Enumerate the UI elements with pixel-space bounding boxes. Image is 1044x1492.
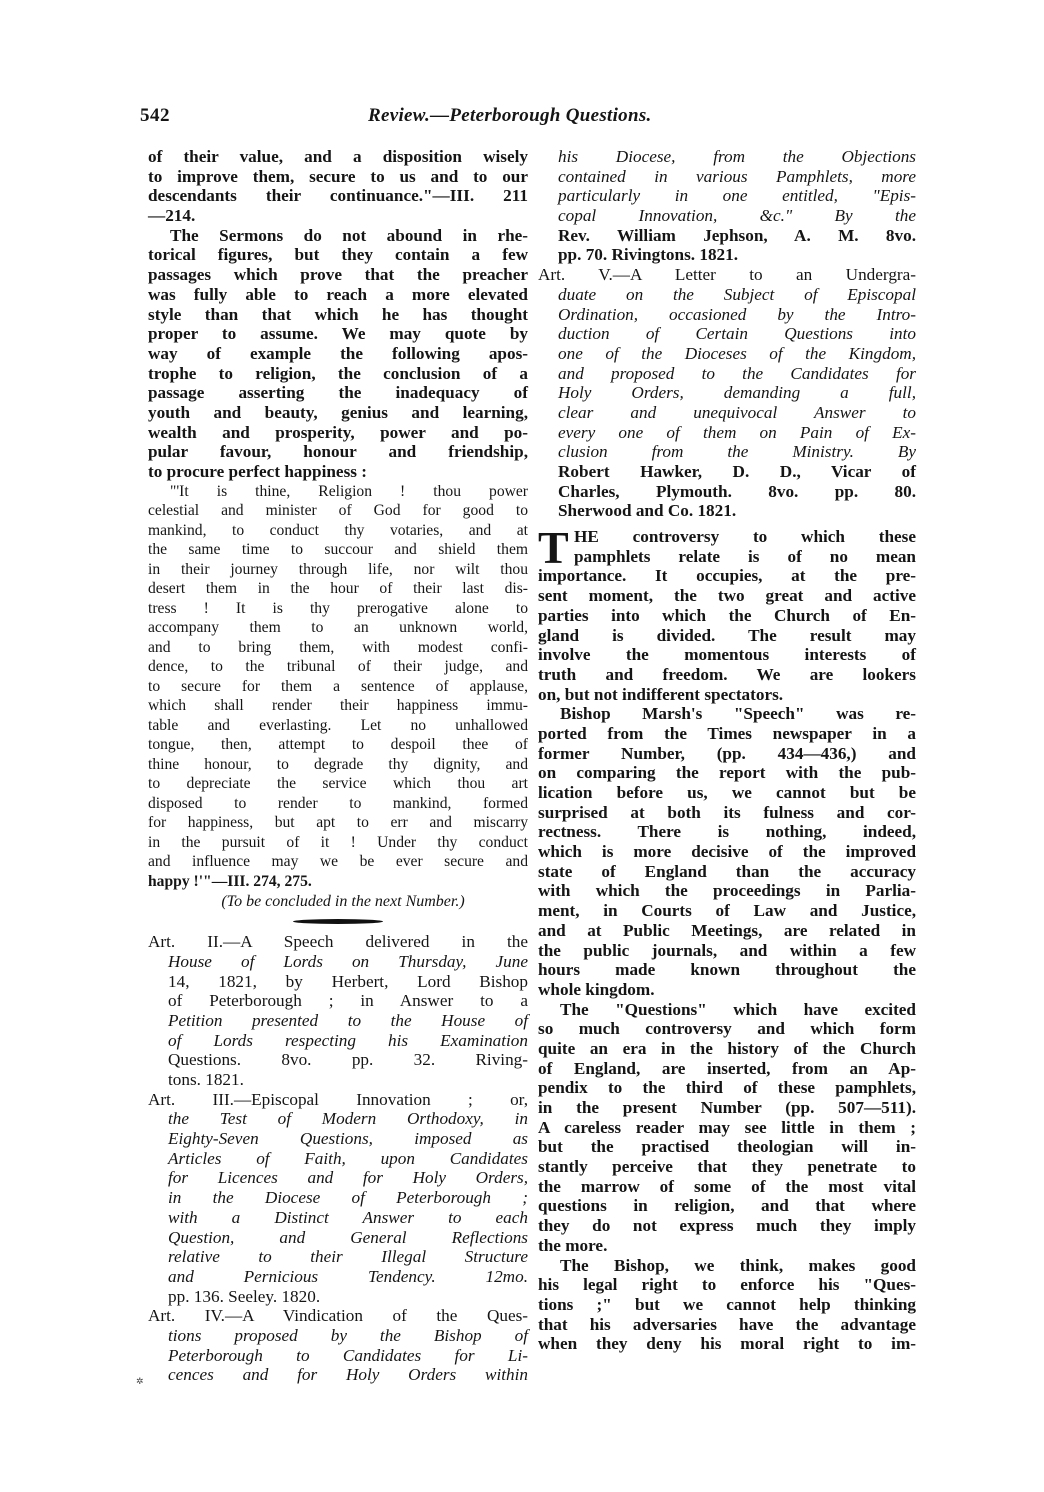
text-line: trophe to religion, the conclusion of a xyxy=(148,364,528,384)
text-line: and proposed to the Candidates for xyxy=(538,364,916,384)
text-line: for happiness, but apt to err and miscar… xyxy=(148,813,528,833)
text-line: Bishop Marsh's "Speech" was re- xyxy=(538,704,916,724)
text-line: Ordination, occasioned by the Intro- xyxy=(538,305,916,325)
continuation-note: (To be concluded in the next Number.) xyxy=(148,891,528,913)
text-line: —214. xyxy=(148,206,528,226)
text-line: with which the proceedings in Parlia- xyxy=(538,881,916,901)
text-line: duate on the Subject of Episcopal xyxy=(538,285,916,305)
text-line: Charles, Plymouth. 8vo. pp. 80. xyxy=(538,482,916,502)
text-line: of Peterborough ; in Answer to a xyxy=(148,991,528,1011)
print-ornament-mark: ✲ xyxy=(136,1377,144,1387)
text-line: in the present Number (pp. 507—511). xyxy=(538,1098,916,1118)
journal-page: 542 Review.—Peterborough Questions. of t… xyxy=(0,0,1044,1492)
text-line: Eighty-Seven Questions, imposed as xyxy=(148,1129,528,1149)
text-line: clusion from the Ministry. By xyxy=(538,442,916,462)
text-line: table and everlasting. Let no unhallowed xyxy=(148,716,528,736)
text-line: proper to assume. We may quote by xyxy=(148,324,528,344)
text-line: The Sermons do not abound in rhe- xyxy=(148,226,528,246)
text-line: HE controversy to which these xyxy=(538,527,916,547)
text-line: The "Questions" which have excited xyxy=(538,1000,916,1020)
text-line: was fully able to reach a more elevated xyxy=(148,285,528,305)
article-2-entry: Art. II.—A Speech delivered in the House… xyxy=(148,932,528,1090)
right-column: his Diocese, from the Objections contain… xyxy=(538,147,916,1354)
text-line: happy !'"—III. 274, 275. xyxy=(148,872,528,892)
text-line: Articles of Faith, upon Candidates xyxy=(148,1149,528,1169)
text-line: in the pursuit of it ! Under thy conduct xyxy=(148,833,528,853)
text-line: descendants their continuance."—III. 211 xyxy=(148,186,528,206)
text-line: quite an era in the history of the Churc… xyxy=(538,1039,916,1059)
text-line: Petition presented to the House of xyxy=(148,1011,528,1031)
text-line: when they deny his moral right to im- xyxy=(538,1334,916,1354)
text-line: questions in religion, and that where xyxy=(538,1196,916,1216)
text-line: tions ;" but we cannot help thinking xyxy=(538,1295,916,1315)
section-divider xyxy=(293,919,383,924)
text-line: hours made known throughout the xyxy=(538,960,916,980)
text-line: Peterborough to Candidates for Li- xyxy=(148,1346,528,1366)
text-line: on comparing the report with the pub- xyxy=(538,763,916,783)
text-line: whole kingdom. xyxy=(538,980,916,1000)
text-line: way of example the following apos- xyxy=(148,344,528,364)
text-line: dence, to the tribunal of their judge, a… xyxy=(148,657,528,677)
text-line: with a Distinct Answer to each xyxy=(148,1208,528,1228)
text-line: The Bishop, we think, makes good xyxy=(538,1256,916,1276)
text-line: the more. xyxy=(538,1236,916,1256)
text-line: and Pernicious Tendency. 12mo. xyxy=(148,1267,528,1287)
text-line: the marrow of some of the most vital xyxy=(538,1177,916,1197)
text-line: stantly perceive that they penetrate to xyxy=(538,1157,916,1177)
text-line: cences and for Holy Orders within xyxy=(148,1365,528,1385)
text-line: Holy Orders, demanding a full, xyxy=(538,383,916,403)
running-title: Review.—Peterborough Questions. xyxy=(368,105,652,127)
article-3-entry: Art. III.—Episcopal Innovation ; or, the… xyxy=(148,1090,528,1307)
text-line: his Diocese, from the Objections xyxy=(538,147,916,167)
text-line: every one of them on Pain of Ex- xyxy=(538,423,916,443)
text-line: truth and freedom. We are lookers xyxy=(538,665,916,685)
text-line: which shall render their happiness immu- xyxy=(148,696,528,716)
text-line: House of Lords on Thursday, June xyxy=(148,952,528,972)
text-line: Art. V.—A Letter to an Undergra- xyxy=(538,265,916,285)
text-line: sent moment, the two great and active xyxy=(538,586,916,606)
questions-paragraph: The "Questions" which have excited so mu… xyxy=(538,1000,916,1256)
text-line: gland is divided. The result may xyxy=(538,626,916,646)
text-line: particularly in one entitled, "Epis- xyxy=(538,186,916,206)
text-line: pendix to the third of these pamphlets, xyxy=(538,1078,916,1098)
text-line: Robert Hawker, D. D., Vicar of xyxy=(538,462,916,482)
text-line: A careless reader may see little in them… xyxy=(538,1118,916,1138)
text-line: and to bring them, with modest confi- xyxy=(148,638,528,658)
text-line: contained in various Pamphlets, more xyxy=(538,167,916,187)
article-5-entry: Art. V.—A Letter to an Undergra- duate o… xyxy=(538,265,916,521)
text-line: the public journals, and within a few xyxy=(538,941,916,961)
left-column: of their value, and a disposition wisely… xyxy=(148,147,528,1385)
text-line: and at Public Meetings, are related in xyxy=(538,921,916,941)
text-line: tions proposed by the Bishop of xyxy=(148,1326,528,1346)
text-line: former Number, (pp. 434—436,) and xyxy=(538,744,916,764)
text-line: of their value, and a disposition wisely xyxy=(148,147,528,167)
text-line: to secure for them a sentence of applaus… xyxy=(148,677,528,697)
continuation-paragraph: of their value, and a disposition wisely… xyxy=(148,147,528,226)
text-line: duction of Certain Questions into xyxy=(538,324,916,344)
text-line: one of the Dioceses of the Kingdom, xyxy=(538,344,916,364)
text-line: lication before us, we cannot but be xyxy=(538,783,916,803)
text-line: of England, are inserted, from an Ap- xyxy=(538,1059,916,1079)
text-line: Question, and General Reflections xyxy=(148,1228,528,1248)
text-line: thine honour, to degrade thy dignity, an… xyxy=(148,755,528,775)
text-line: that his adversaries have the advantage xyxy=(538,1315,916,1335)
text-line: tons. 1821. xyxy=(148,1070,528,1090)
text-line: passage asserting the inadequacy of xyxy=(148,383,528,403)
text-line: style than that which he has thought xyxy=(148,305,528,325)
text-line: 14, 1821, by Herbert, Lord Bishop xyxy=(148,972,528,992)
text-line: in their journey through life, nor wilt … xyxy=(148,560,528,580)
text-line: parties into which the Church of En- xyxy=(538,606,916,626)
text-line: "'It is thine, Religion ! thou power xyxy=(148,482,528,502)
text-line: accompany them to an unknown world, xyxy=(148,618,528,638)
text-line: on, but not indifferent spectators. xyxy=(538,685,916,705)
text-line: mankind, to conduct thy votaries, and at xyxy=(148,521,528,541)
text-line: ported from the Times newspaper in a xyxy=(538,724,916,744)
text-line: passages which prove that the preacher xyxy=(148,265,528,285)
block-quote: "'It is thine, Religion ! thou power cel… xyxy=(148,482,528,892)
page-number: 542 xyxy=(140,105,170,127)
text-line: wealth and prosperity, power and po- xyxy=(148,423,528,443)
drop-cap: T xyxy=(538,528,569,568)
text-line: his legal right to enforce his "Ques- xyxy=(538,1275,916,1295)
text-line: clear and unequivocal Answer to xyxy=(538,403,916,423)
text-line: Art. II.—A Speech delivered in the xyxy=(148,932,528,952)
text-line: the same time to succour and shield them xyxy=(148,540,528,560)
sermons-paragraph: The Sermons do not abound in rhe- torica… xyxy=(148,226,528,482)
text-line: Sherwood and Co. 1821. xyxy=(538,501,916,521)
article-4-entry: Art. IV.—A Vindication of the Ques- tion… xyxy=(148,1306,528,1385)
text-line: for Licences and for Holy Orders, xyxy=(148,1168,528,1188)
text-line: state of England than the accuracy xyxy=(538,862,916,882)
text-line: the Test of Modern Orthodoxy, in xyxy=(148,1109,528,1129)
text-line: pamphlets relate is of no mean xyxy=(538,547,916,567)
article-4-continuation: his Diocese, from the Objections contain… xyxy=(538,147,916,265)
text-line: and influence may we be ever secure and xyxy=(148,852,528,872)
text-line: youth and beauty, genius and learning, xyxy=(148,403,528,423)
text-line: to depreciate the service which thou art xyxy=(148,774,528,794)
text-line: ment, in Courts of Law and Justice, xyxy=(538,901,916,921)
text-line: which is more decisive of the improved xyxy=(538,842,916,862)
opening-paragraph: T HE controversy to which these pamphlet… xyxy=(538,527,916,704)
text-line: to procure perfect happiness : xyxy=(148,462,528,482)
text-line: torical figures, but they contain a few xyxy=(148,245,528,265)
text-line: relative to their Illegal Structure xyxy=(148,1247,528,1267)
text-line: in the Diocese of Peterborough ; xyxy=(148,1188,528,1208)
text-line: pp. 136. Seeley. 1820. xyxy=(148,1287,528,1307)
text-line: importance. It occupies, at the pre- xyxy=(538,566,916,586)
text-line: rectness. There is nothing, indeed, xyxy=(538,822,916,842)
text-line: tress ! It is thy prerogative alone to xyxy=(148,599,528,619)
bishop-paragraph: The Bishop, we think, makes good his leg… xyxy=(538,1256,916,1354)
text-line: pular favour, honour and friendship, xyxy=(148,442,528,462)
text-line: they do not express much they imply xyxy=(538,1216,916,1236)
text-line: Questions. 8vo. pp. 32. Riving- xyxy=(148,1050,528,1070)
text-line: to improve them, secure to us and to our xyxy=(148,167,528,187)
text-line: copal Innovation, &c." By the xyxy=(538,206,916,226)
text-line: Rev. William Jephson, A. M. 8vo. xyxy=(538,226,916,246)
text-line: tongue, then, attempt to despoil thee of xyxy=(148,735,528,755)
text-line: but the practised theologian will in- xyxy=(538,1137,916,1157)
speech-paragraph: Bishop Marsh's "Speech" was re- ported f… xyxy=(538,704,916,999)
text-line: disposed to render to mankind, formed xyxy=(148,794,528,814)
text-line: Art. III.—Episcopal Innovation ; or, xyxy=(148,1090,528,1110)
text-line: desert them in the hour of their last di… xyxy=(148,579,528,599)
text-line: of Lords respecting his Examination xyxy=(148,1031,528,1051)
text-line: involve the momentous interests of xyxy=(538,645,916,665)
text-line: so much controversy and which form xyxy=(538,1019,916,1039)
text-line: Art. IV.—A Vindication of the Ques- xyxy=(148,1306,528,1326)
running-head: 542 Review.—Peterborough Questions. xyxy=(140,105,910,129)
article-heading: Art. II.—A Speech delivered in the xyxy=(148,932,528,951)
text-line: pp. 70. Rivingtons. 1821. xyxy=(538,245,916,265)
text-line: celestial and minister of God for good t… xyxy=(148,501,528,521)
text-line: surprised at both its fulness and cor- xyxy=(538,803,916,823)
